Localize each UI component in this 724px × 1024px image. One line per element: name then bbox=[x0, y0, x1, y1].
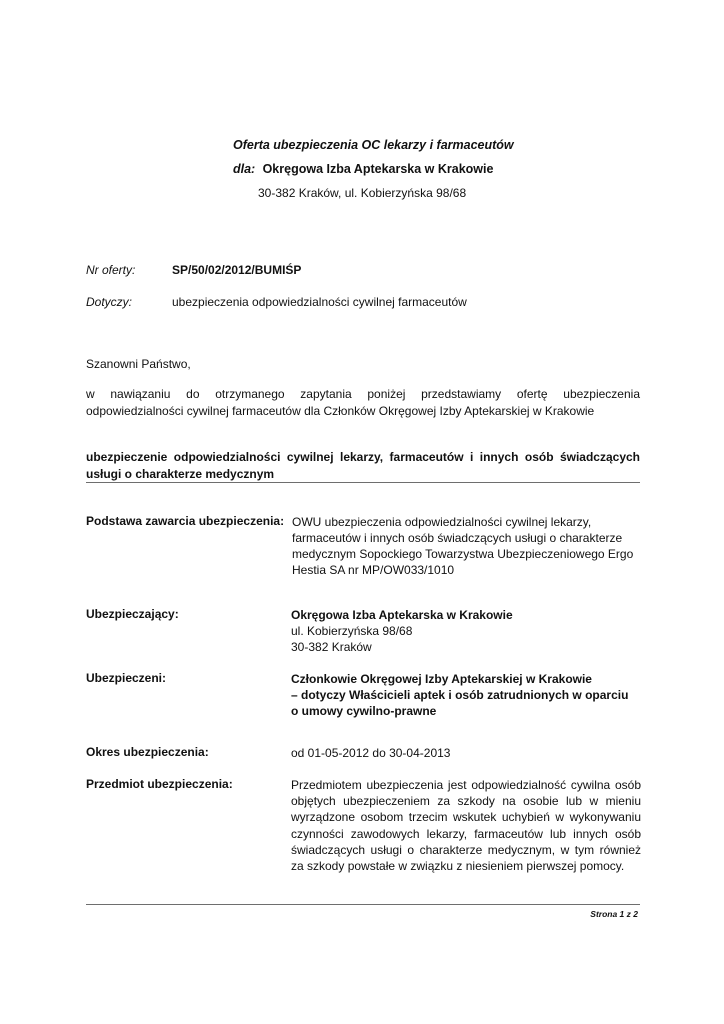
insured-label: Ubezpieczeni: bbox=[86, 671, 166, 685]
insured-line: Członkowie Okręgowej Izby Aptekarskiej w… bbox=[291, 671, 641, 687]
insured-value: Członkowie Okręgowej Izby Aptekarskiej w… bbox=[291, 671, 641, 719]
policyholder-city: 30-382 Kraków bbox=[291, 639, 641, 655]
basis-line: OWU ubezpieczenia odpowiedzialności cywi… bbox=[292, 514, 642, 530]
section-divider bbox=[86, 482, 640, 483]
greeting: Szanowni Państwo, bbox=[86, 357, 191, 371]
offer-number-value: SP/50/02/2012/BUMIŚP bbox=[172, 263, 301, 277]
insurance-subject-value: Przedmiotem ubezpieczenia jest odpowiedz… bbox=[291, 777, 641, 874]
insured-line: o umowy cywilno-prawne bbox=[291, 703, 641, 719]
recipient-address: 30-382 Kraków, ul. Kobierzyńska 98/68 bbox=[258, 186, 466, 200]
section-heading: ubezpieczenie odpowiedzialności cywilnej… bbox=[86, 449, 640, 483]
page-indicator: Strona 1 z 2 bbox=[590, 909, 638, 919]
offer-title: Oferta ubezpieczenia OC lekarzy i farmac… bbox=[233, 138, 514, 152]
policyholder-value: Okręgowa Izba Aptekarska w Krakowie ul. … bbox=[291, 607, 641, 655]
period-label: Okres ubezpieczenia: bbox=[86, 745, 209, 759]
recipient-label: dla: bbox=[233, 162, 255, 176]
recipient-line: dla: Okręgowa Izba Aptekarska w Krakowie bbox=[233, 162, 493, 176]
basis-line: farmaceutów i innych osób świadczących u… bbox=[292, 530, 642, 546]
policyholder-label: Ubezpieczający: bbox=[86, 607, 179, 621]
subject-value: ubezpieczenia odpowiedzialności cywilnej… bbox=[172, 295, 467, 309]
basis-label: Podstawa zawarcia ubezpieczenia: bbox=[86, 514, 284, 528]
offer-number-label: Nr oferty: bbox=[86, 263, 135, 277]
subject-label: Dotyczy: bbox=[86, 295, 132, 309]
period-value: od 01-05-2012 do 30-04-2013 bbox=[291, 745, 641, 761]
document-page: Oferta ubezpieczenia OC lekarzy i farmac… bbox=[0, 0, 724, 1024]
basis-line: medycznym Sopockiego Towarzystwa Ubezpie… bbox=[292, 546, 642, 562]
basis-value: OWU ubezpieczenia odpowiedzialności cywi… bbox=[292, 514, 642, 578]
basis-line: Hestia SA nr MP/OW033/1010 bbox=[292, 562, 642, 578]
insurance-subject-label: Przedmiot ubezpieczenia: bbox=[86, 777, 233, 791]
insured-line: – dotyczy Właścicieli aptek i osób zatru… bbox=[291, 687, 641, 703]
recipient-name: Okręgowa Izba Aptekarska w Krakowie bbox=[263, 162, 494, 176]
footer-divider bbox=[86, 904, 640, 905]
policyholder-street: ul. Kobierzyńska 98/68 bbox=[291, 623, 641, 639]
intro-paragraph: w nawiązaniu do otrzymanego zapytania po… bbox=[86, 386, 640, 420]
policyholder-name: Okręgowa Izba Aptekarska w Krakowie bbox=[291, 607, 641, 623]
